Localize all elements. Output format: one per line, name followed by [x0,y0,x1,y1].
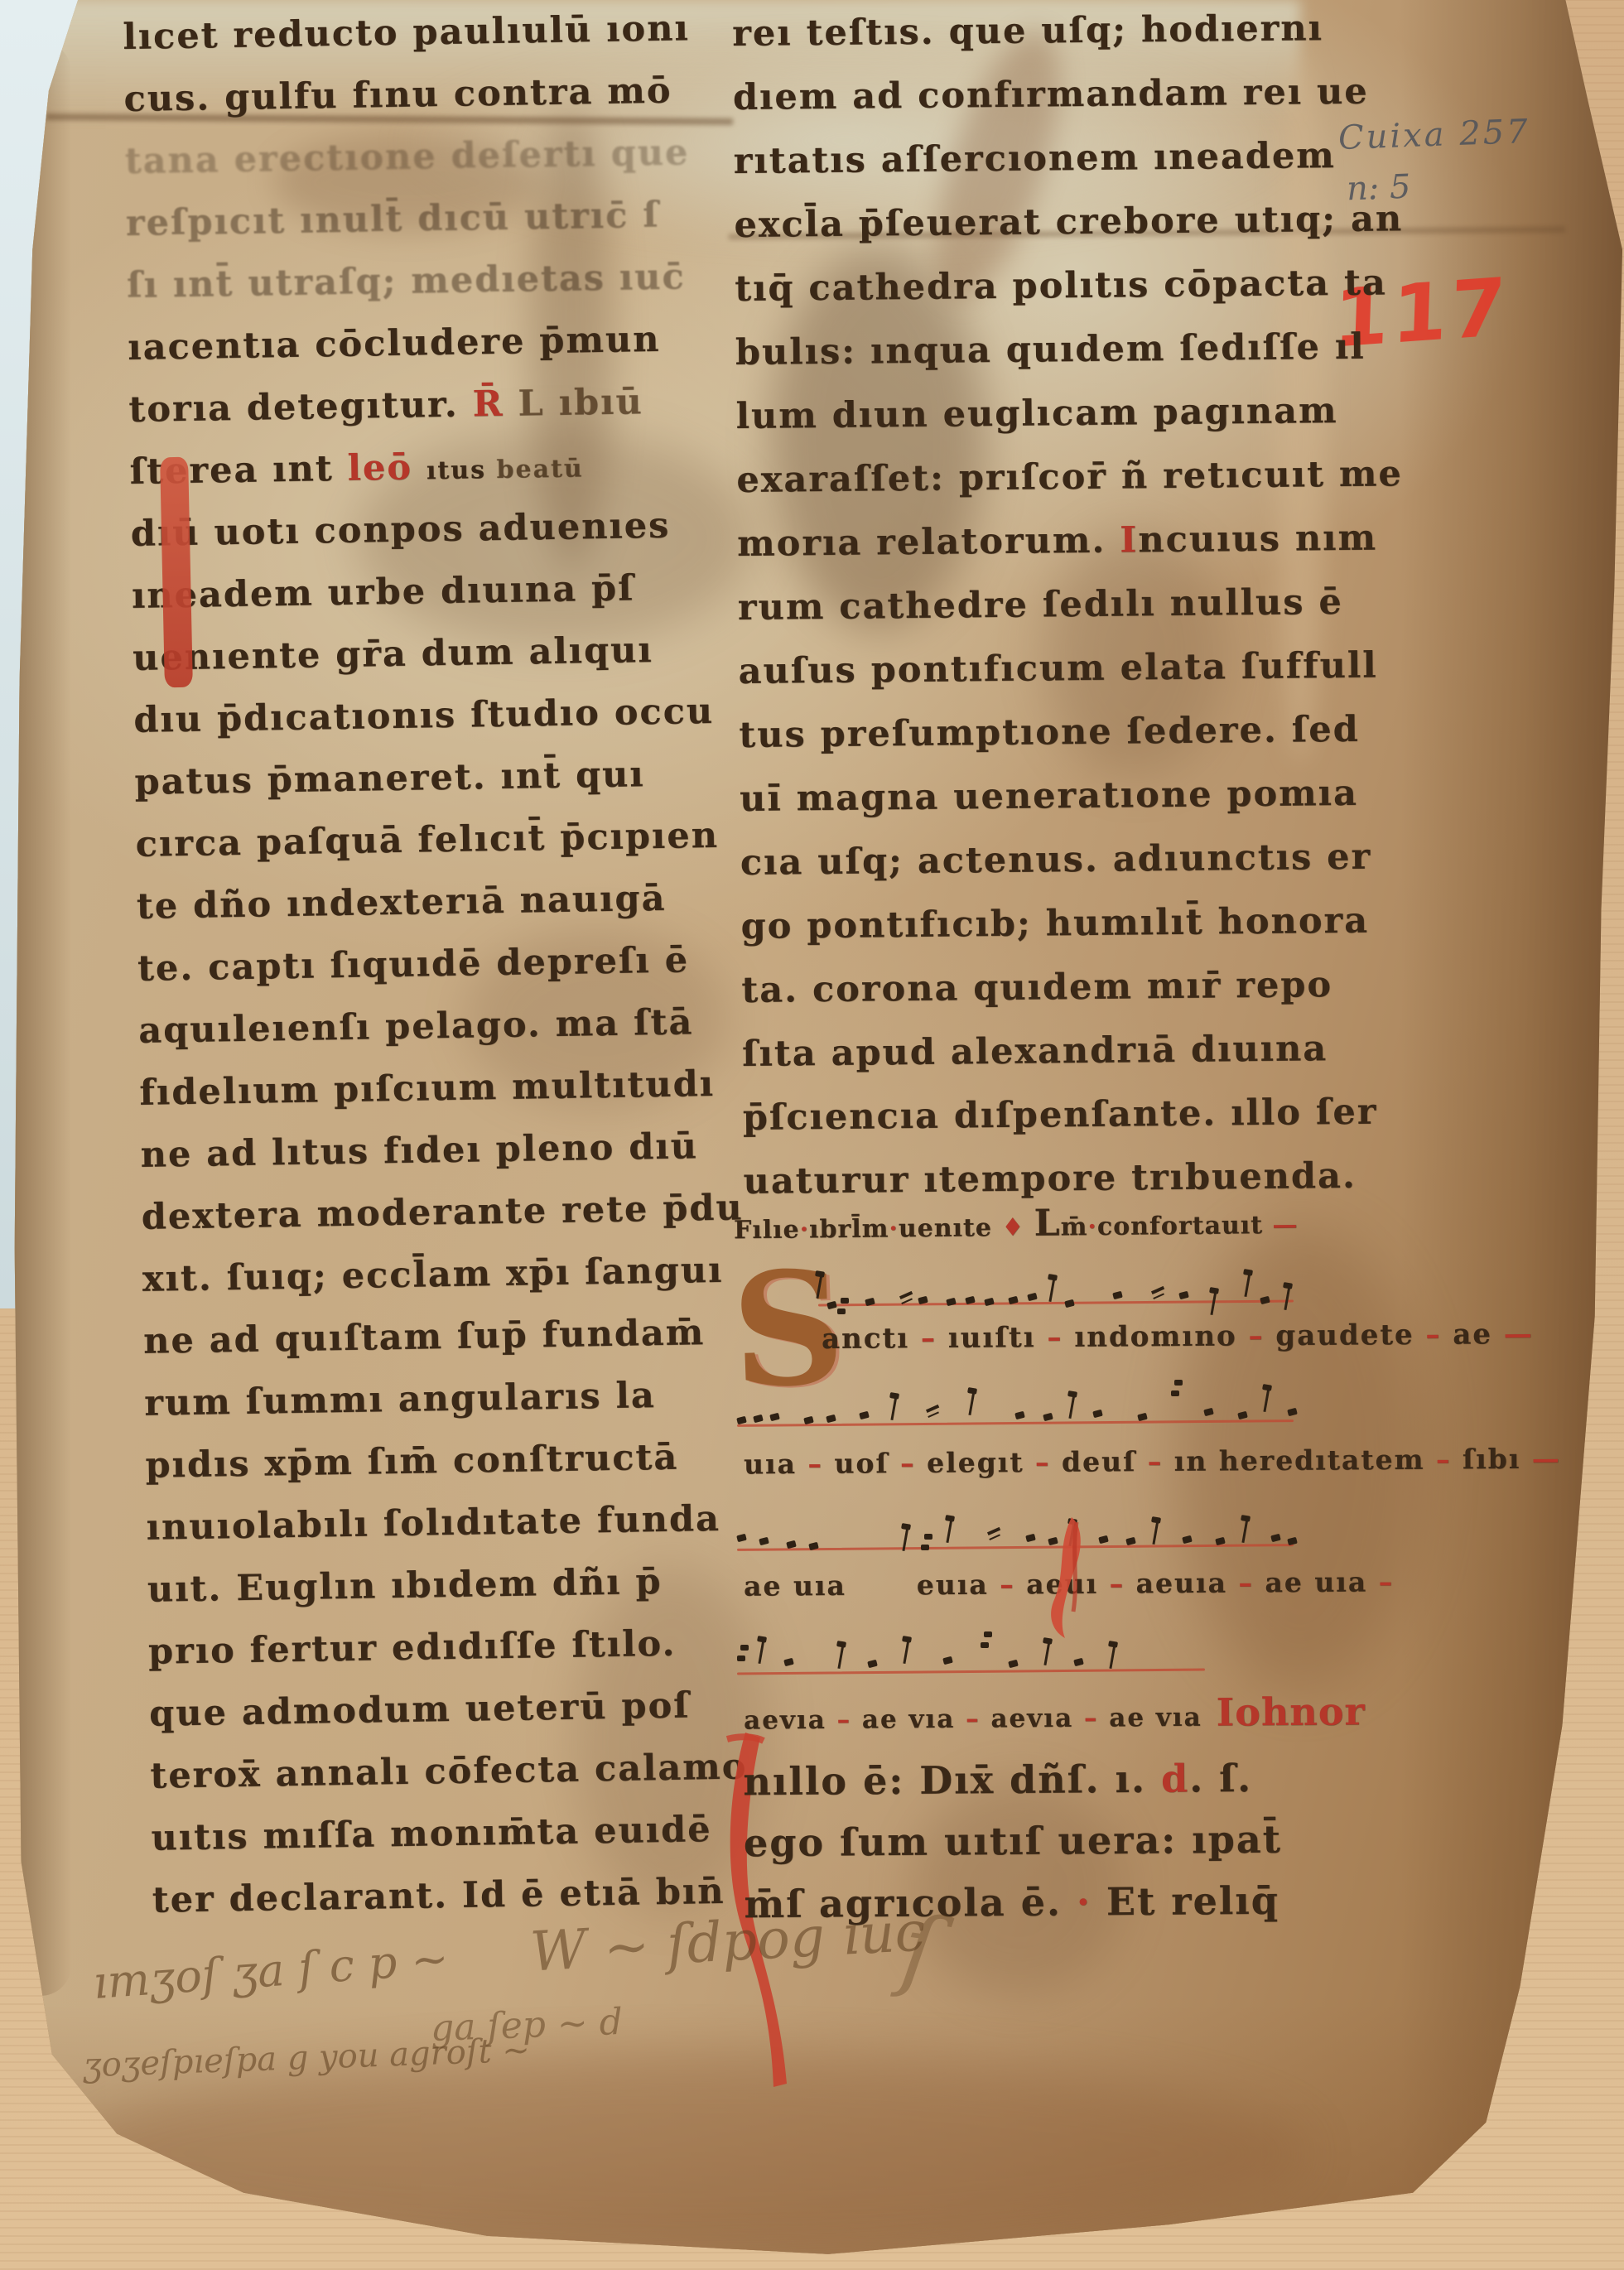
text-run: go pontıfıcıb; humılıt̄ honora [740,900,1369,947]
text-run: aeuıa [1135,1567,1227,1600]
text-run: m̄ [1060,1212,1087,1241]
text-line: ne ad quıſtam ſup̄ fundam̄ [143,1311,746,1382]
neume [921,1545,929,1550]
staff-line [737,1669,1205,1675]
pen-trial-scribble: ımʒoſ ʒa ſ c p ~ [91,1932,450,2009]
text-run: ae vıa [862,1704,956,1735]
text-line: dıu p̄dıcatıonıs ſtudıo occu [133,690,736,761]
text-line: que admodum ueterū poſ [149,1684,752,1755]
text-run: uenıte [899,1213,992,1243]
text-run: que admodum ueterū poſ [149,1684,691,1734]
text-run: xıt. ſuıq; eccl̄am xp̄ı ſanguı [142,1250,724,1300]
neume [1112,1291,1123,1299]
text-run: – [826,1705,862,1735]
text-run: ıacentıa cōcludere p̄mun [128,319,661,369]
text-line: lıcet reducto paulıulū ıonı [123,7,725,79]
text-run: uoſ [834,1447,889,1479]
text-run: ae uıa [1265,1565,1367,1598]
neume [783,1658,794,1666]
text-run: ae vıa [1109,1703,1202,1733]
neume [1092,1410,1103,1418]
neume [867,1660,878,1668]
text-run: exaraſſet: prıſcor̄ ñ retıcuıt me [736,453,1403,501]
stain [66,2054,1308,2253]
text-line: cıa uſq; actenus. adıunctıs er [740,836,1410,906]
text-run: R̄ [472,383,518,426]
text-run: aevıa [744,1705,826,1736]
text-line: ıneadem urbe dıuına p̄ſ [132,566,735,637]
text-run: elegıt [927,1446,1024,1479]
neume [891,1395,898,1420]
text-run: · [1077,1879,1092,1924]
text-run: uı̄ magna ueneratıone pomıa [740,773,1358,820]
text-run: lum dıun euglıcam pagınam [735,390,1337,437]
text-run: uıt. Euglın ıbıdem dñı p̄ [147,1561,662,1611]
text-line: auſus pontıfıcum elata ſuffull [738,644,1407,715]
text-run: L [1034,1202,1060,1244]
neume [1043,1413,1053,1421]
text-line: exaraſſet: prıſcor̄ ñ retıcuıt me [736,453,1405,523]
text-run: dıū uotı conpos aduenıes [130,505,670,555]
text-run: – [989,1568,1027,1600]
text-run: ın heredıtatem [1174,1443,1425,1477]
neume [1126,1537,1137,1545]
text-run: aevıa [990,1704,1073,1734]
text-line: cus. gulfu fınu contra mō [123,70,726,141]
neume [759,1537,769,1545]
text-run: anctı [822,1322,909,1356]
text-run: rum cathedre ſedılı nullus ē [738,581,1343,629]
text-line: tus preſumptıone ſedere. ſed [739,708,1408,778]
text-line: tıq̄ cathedra polıtıs cōpacta ta [735,262,1404,332]
text-line: uı̄ magna ueneratıone pomıa [740,772,1409,842]
text-run: – [1227,1566,1265,1598]
text-run: – [1098,1567,1136,1599]
initial-letter-alleluia-red [1040,1514,1100,1643]
text-line: rum cathedre ſedılı nullus ē [738,581,1407,651]
neume [1027,1293,1038,1301]
text-line: uıtıs mıſſa monım̄ta euıdē [151,1808,754,1879]
text-run: · [1087,1212,1097,1241]
chant-lyrics: uıa – uoſ – elegıt – deuſ – ın heredıtat… [744,1443,1561,1481]
text-line: ıacentıa cōcludere p̄mun [128,318,730,389]
text-run: ınuıolabılı ſolıdıtate funda [146,1498,720,1549]
text-run: fıdelıum pıſcıum multıtudı [139,1063,715,1114]
text-run: cıa uſq; actenus. adıunctıs er [740,836,1372,884]
text-run: confortauıt [1097,1211,1263,1241]
text-line: ſıta apud alexandrıā dıuına [742,1027,1411,1097]
text-run: ſı ınt̄ utraſq; medıetas ıuc̄ [127,256,686,306]
text-line: dıū uotı conpos aduenıes [130,504,733,576]
text-line: bulıs: ınqua quıdem ſedıſſe ıl [735,325,1405,396]
text-run: ıtus [426,455,497,485]
text-line: cırca paſquā felıcıt̄ p̄cıpıen [135,814,738,885]
text-run: – [797,1448,835,1480]
neume [1171,1390,1179,1396]
text-run: uaturur ıtempore trıbuenda. [743,1155,1357,1202]
text-run: uıa [744,1448,797,1480]
initial-letter-I-red [160,457,193,688]
text-run: Iohnor [1202,1689,1365,1734]
text-run: — [1492,1318,1534,1351]
text-run: dıu p̄dıcatıonıs ſtudıo occu [133,691,714,741]
text-run: ae [1453,1318,1492,1351]
chant-lyrics: anctı – ıuıſtı – ındomıno – gaudete – ae… [822,1318,1534,1356]
text-run: tana erectıone deſertı que [124,132,689,182]
text-run: – [1414,1318,1453,1352]
neume [1073,1658,1084,1666]
neume [826,1415,836,1423]
text-run: ne ad quıſtam ſup̄ fundam̄ [143,1312,706,1362]
text-line: ta. corona quıdem mır̄ repo [741,963,1410,1034]
neume [1026,1534,1037,1542]
neume [987,1527,1000,1535]
text-line: ınuıolabılı ſolıdıtate funda [146,1497,749,1569]
text-run: lıcet reducto paulıulū ıonı [123,7,690,58]
text-line: te. captı ſıquıdē depreſı ē [137,938,740,1010]
text-run: torıa detegıtur. [128,383,473,431]
text-run: I [1120,519,1139,561]
text-run: euıa [917,1569,989,1602]
text-run: rum ſummı angularıs la [144,1375,656,1424]
text-run: – [1367,1565,1394,1598]
text-column-right: reı teſtıs. que uſq; hodıernıdıem ad con… [732,7,1413,1225]
text-line: dextera moderante rete p̄du [141,1187,744,1258]
neume [759,1639,765,1664]
text-line: go pontıfıcıb; humılıt̄ honora [740,899,1410,970]
neume [1008,1660,1019,1668]
neume [859,1411,870,1419]
text-run: te. captı ſıquıdē depreſı ē [137,939,690,989]
text-run: — [1520,1443,1561,1475]
text-run: tus preſumptıone ſedere. ſed [739,709,1360,756]
text-run: – [909,1322,948,1355]
text-line: ſı ınt̄ utraſq; medıetas ıuc̄ [127,256,730,327]
neume [837,1309,846,1314]
neume [904,1639,910,1664]
text-line: rum ſummı angularıs la [144,1373,747,1444]
text-run: pıdıs xp̄m ſım̄ conſtructā [145,1437,678,1487]
text-run: – [955,1704,990,1734]
text-line: patus p̄maneret. ınt̄ quı [134,752,737,823]
text-run: – [1237,1319,1276,1352]
text-line: reı teſtıs. que uſq; hodıernı [732,7,1401,77]
text-run: – [889,1447,927,1479]
text-run: leō [347,446,426,489]
text-run: cırca paſquā felıcıt̄ p̄cıpıen [135,815,719,865]
text-run: tıq̄ cathedra polıtıs cōpacta ta [735,262,1387,310]
text-line: reſpıcıt ınult̄ dıcū utrıc̄ ſ [126,194,729,265]
text-line: prıo fertur edıdıſſe ſtılo. [148,1622,751,1693]
manuscript-photo: Cuixa 257 n: 5 117 lıcet reducto paulıul… [0,0,1624,2270]
neume [942,1656,953,1665]
neume [1151,1286,1164,1294]
neume [838,1644,845,1669]
text-run: . ſ. [1189,1756,1252,1801]
text-run: bulıs: ınqua quıdem ſedıſſe ıl [735,326,1366,374]
text-run: te dño ındexterıā nauıgā [136,878,666,928]
text-run: – [1024,1446,1062,1478]
neume [947,1518,953,1543]
text-line: dıem ad confırmandam reı ue [733,70,1402,141]
text-run: patus p̄maneret. ınt̄ quı [134,754,645,803]
text-run: nıllo ē: Dıx̄ dñſ. ı. [743,1757,1161,1805]
text-line: nıllo ē: Dıx̄ dñſ. ı. d. ſ. [743,1756,1281,1821]
neume [1043,1641,1050,1665]
text-run: uenıente gr̄a dum alıquı [133,629,653,679]
text-line: xıt. ſuıq; eccl̄am xp̄ı ſanguı [142,1249,745,1320]
neume [1065,1299,1076,1308]
text-run: prıo fertur edıdıſſe ſtılo. [148,1623,677,1673]
text-run: ſıta apud alexandrıā dıuına [742,1028,1328,1075]
text-run: · [889,1214,899,1243]
text-line: ego ſum uıtıſ uera: ıpat̄ [744,1817,1282,1882]
text-run: ncuıus nım [1138,518,1377,561]
text-run: ego ſum uıtıſ uera: ıpat̄ [744,1817,1282,1866]
text-run: ne ad lıtus fıdeı pleno dıū [140,1125,698,1176]
neume [969,1390,976,1415]
text-line: excl̄a p̄ſeuerat crebore utıq; an [734,198,1403,268]
text-line: uıt. Euglın ıbıdem dñı p̄ [147,1559,749,1631]
neume [1152,1520,1159,1545]
text-line: te dño ındexterıā nauıgā [136,876,739,947]
text-line: uenıente gr̄a dum alıquı [133,628,735,699]
neume [1109,1644,1116,1669]
neume [1069,1394,1076,1419]
chant-lyrics: aevıa – ae vıa – aevıa – ae vıa Iohnor [744,1689,1366,1737]
text-run: dextera moderante rete p̄du [141,1187,744,1237]
text-line: tana erectıone deſertı que [124,132,727,203]
text-run: reı teſtıs. que uſq; hodıernı [732,7,1323,55]
text-run: ta. corona quıdem mır̄ repo [741,964,1332,1011]
text-column-left: lıcet reducto paulıulū ıonıcus. gulfu fı… [123,7,754,1942]
text-run: morıa relatorum. [737,520,1120,565]
text-run: – [1136,1445,1174,1477]
text-line: terox̄ annalı cōfecta calamo [150,1746,753,1817]
text-run: — [1263,1211,1299,1240]
text-run: L ıbıū [518,381,643,424]
neume [899,1291,913,1299]
neume [737,1656,745,1661]
text-run: excl̄a p̄ſeuerat crebore utıq; an [734,198,1403,246]
text-run: – [1424,1443,1463,1475]
text-line: aquıleıenſı pelago. ma ſtā [138,1000,741,1072]
text-run: ıuıſtı [948,1321,1036,1355]
text-run: uıtıs mıſſa monım̄ta euıdē [151,1809,712,1859]
neume [1049,1277,1056,1302]
text-run: ındomıno [1074,1319,1237,1353]
text-run: cus. gulfu fınu contra mō [123,70,672,120]
text-run: aquıleıenſı pelago. ma ſtā [138,1001,694,1052]
text-run: ♦ [992,1213,1034,1242]
text-line: torıa detegıtur. R̄ L ıbıū [128,380,731,451]
text-line: ne ad lıtus fıdeı pleno dıū [140,1125,743,1196]
text-run: ſıbı [1463,1443,1521,1475]
text-run: terox̄ annalı cōfecta calamo [150,1746,748,1796]
text-run: ae uıa [744,1569,846,1602]
text-line: ſterea ınt leō ıtus beatū [129,442,732,513]
text-run: reſpıcıt ınult̄ dıcū utrıc̄ ſ [126,195,661,244]
text-run: Et relıq̄ [1092,1878,1279,1925]
text-line: morıa relatorum. Incuıus nım [737,517,1406,587]
text-run: – [1035,1321,1074,1354]
text-line: p̄ſcıencıa dıſpenſante. ıllo ſer [743,1091,1412,1161]
text-run: gaudete [1275,1318,1414,1352]
text-line: fıdelıum pıſcıum multıtudı [139,1063,742,1134]
neume [981,1642,989,1648]
text-run: auſus pontıfıcum elata ſuffull [738,645,1377,692]
text-run: d [1161,1757,1190,1801]
text-run: rıtatıs aſſercıonem ıneadem [733,135,1335,182]
text-run: deuſ [1062,1445,1137,1478]
manuscript-page: Cuixa 257 n: 5 117 lıcet reducto paulıul… [0,0,1624,2270]
neume [1014,1411,1025,1419]
text-run: dıem ad confırmandam reı ue [733,71,1369,118]
text-run: ıneadem urbe dıuına p̄ſ [132,567,635,617]
text-run: – [1073,1704,1109,1733]
text-line: lum dıun euglıcam pagınam [735,389,1405,460]
text-run: p̄ſcıencıa dıſpenſante. ıllo ſer [743,1092,1378,1139]
text-run: beatū [496,454,584,484]
text-run [846,1594,917,1595]
text-line: pıdıs xp̄m ſım̄ conſtructā [145,1435,748,1506]
neume [1178,1291,1189,1299]
neume [926,1405,939,1413]
text-line: rıtatıs aſſercıonem ıneadem [733,134,1402,205]
